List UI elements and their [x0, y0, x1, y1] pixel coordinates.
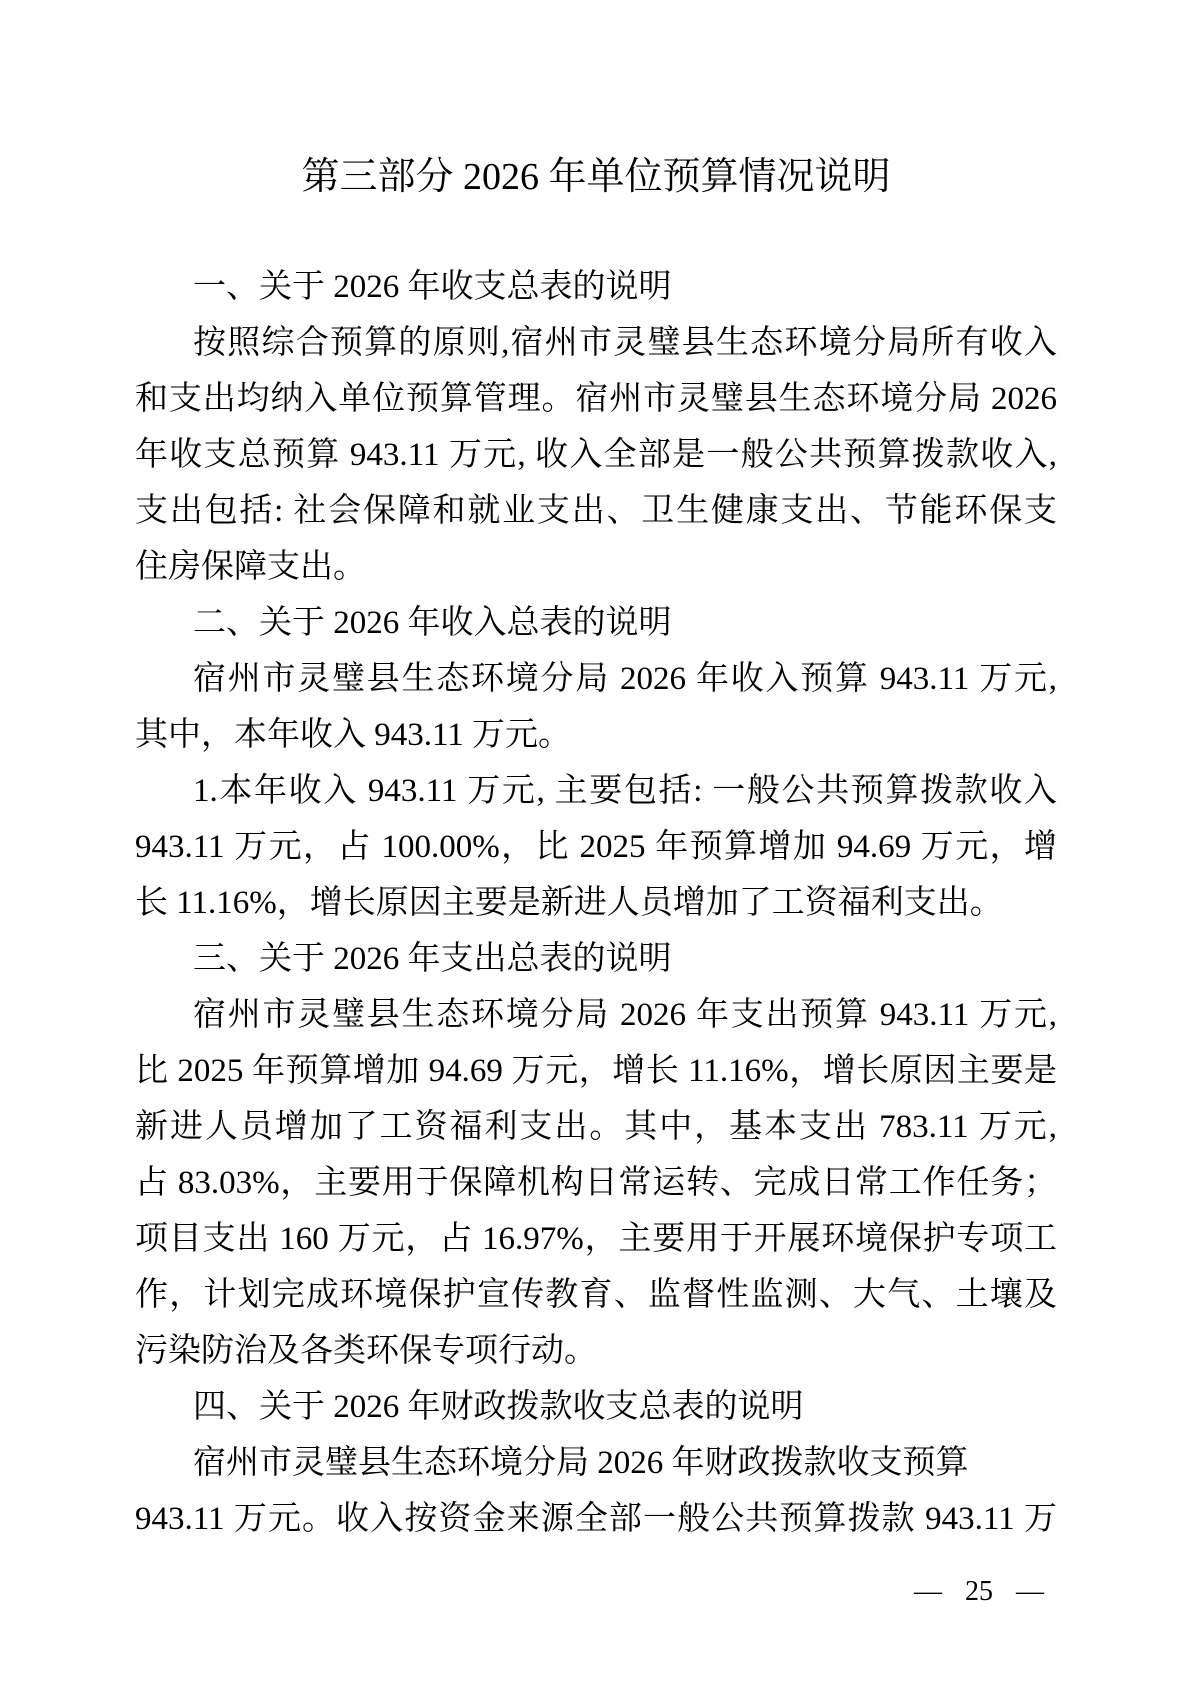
section-heading: 三、关于 2026 年支出总表的说明: [135, 931, 1057, 987]
text-line: 宿州市灵璧县生态环境分局 2026 年收入预算 943.11 万元,: [135, 651, 1057, 707]
section-heading: 四、关于 2026 年财政拨款收支总表的说明: [135, 1379, 1057, 1435]
section-heading: 一、关于 2026 年收支总表的说明: [135, 259, 1057, 315]
document-page: 第三部分 2026 年单位预算情况说明 一、关于 2026 年收支总表的说明按照…: [0, 0, 1190, 1683]
text-line: 其中，本年收入 943.11 万元。: [135, 707, 1057, 763]
text-line: 年收支总预算 943.11 万元, 收入全部是一般公共预算拨款收入,: [135, 427, 1057, 483]
text-line: 住房保障支出。: [135, 539, 1057, 595]
section-heading: 二、关于 2026 年收入总表的说明: [135, 595, 1057, 651]
text-line: 污染防治及各类环保专项行动。: [135, 1323, 1057, 1379]
text-line: 943.11 万元，占 100.00%，比 2025 年预算增加 94.69 万…: [135, 819, 1057, 875]
text-line: 项目支出 160 万元，占 16.97%，主要用于开展环境保护专项工: [135, 1211, 1057, 1267]
text-line: 支出包括: 社会保障和就业支出、卫生健康支出、节能环保支出、: [135, 483, 1057, 539]
page-number: — 25 —: [914, 1574, 1044, 1610]
text-line: 宿州市灵璧县生态环境分局 2026 年支出预算 943.11 万元,: [135, 987, 1057, 1043]
text-line: 新进人员增加了工资福利支出。其中，基本支出 783.11 万元,: [135, 1099, 1057, 1155]
text-line: 和支出均纳入单位预算管理。宿州市灵璧县生态环境分局 2026: [135, 371, 1057, 427]
document-content: 第三部分 2026 年单位预算情况说明 一、关于 2026 年收支总表的说明按照…: [135, 149, 1057, 1547]
page-title: 第三部分 2026 年单位预算情况说明: [135, 149, 1057, 205]
text-line: 占 83.03%，主要用于保障机构日常运转、完成日常工作任务；: [135, 1155, 1057, 1211]
text-line: 宿州市灵璧县生态环境分局 2026 年财政拨款收支预算: [135, 1435, 1057, 1491]
text-line: 943.11 万元。收入按资金来源全部一般公共预算拨款 943.11 万: [135, 1491, 1057, 1547]
text-line: 长 11.16%，增长原因主要是新进人员增加了工资福利支出。: [135, 875, 1057, 931]
text-line: 作，计划完成环境保护宣传教育、监督性监测、大气、土壤及水: [135, 1267, 1057, 1323]
document-lines: 一、关于 2026 年收支总表的说明按照综合预算的原则,宿州市灵璧县生态环境分局…: [135, 259, 1057, 1547]
text-line: 1.本年收入 943.11 万元, 主要包括: 一般公共预算拨款收入: [135, 763, 1057, 819]
text-line: 比 2025 年预算增加 94.69 万元，增长 11.16%，增长原因主要是: [135, 1043, 1057, 1099]
text-line: 按照综合预算的原则,宿州市灵璧县生态环境分局所有收入: [135, 315, 1057, 371]
